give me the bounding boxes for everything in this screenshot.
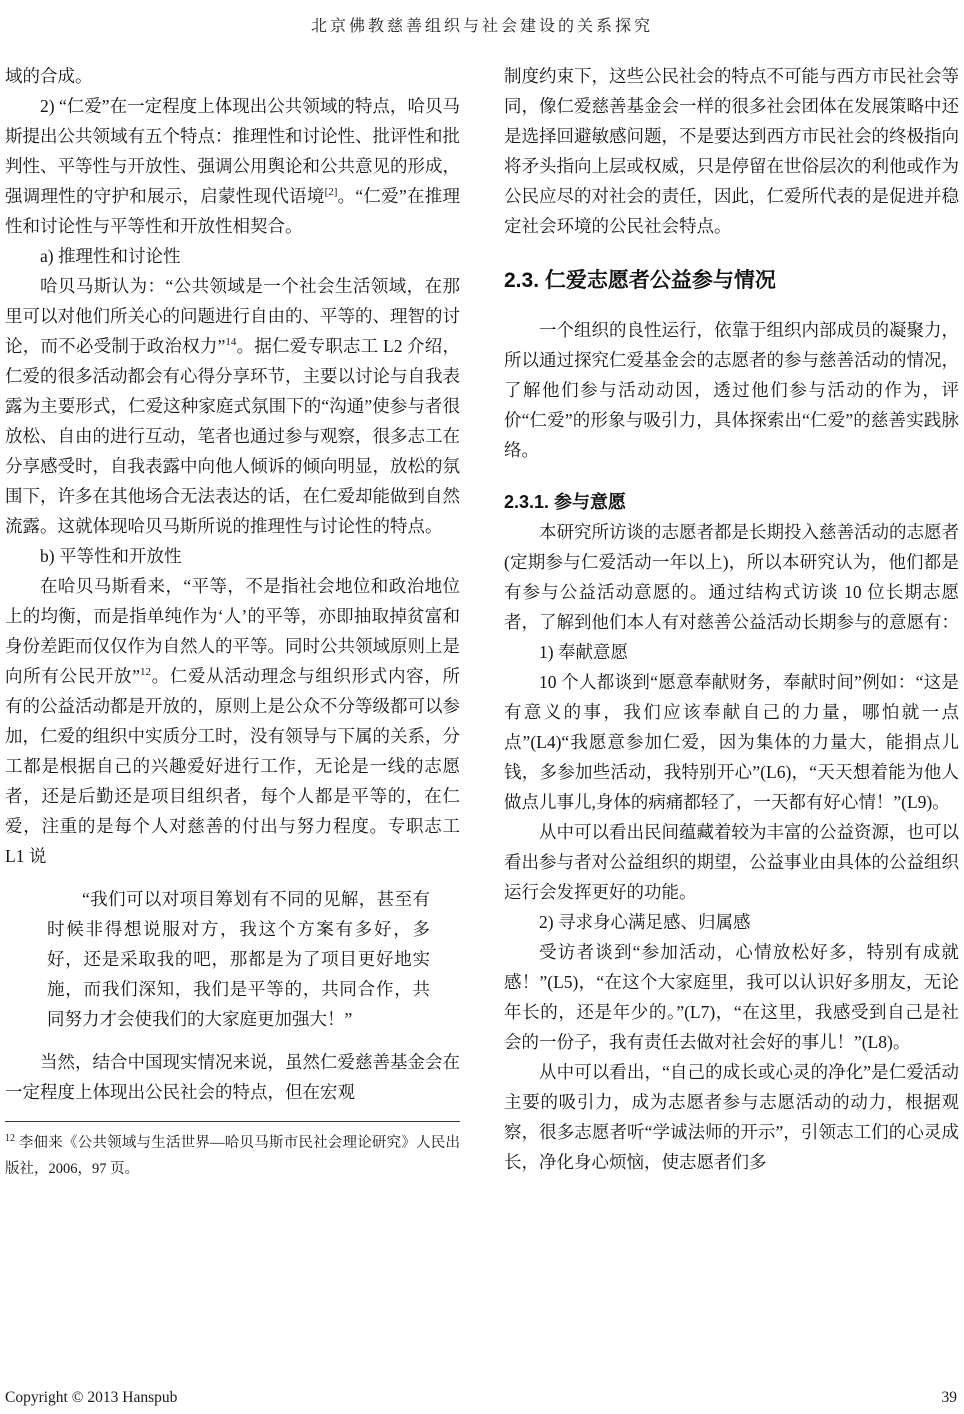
- paragraph: 从中可以看出，“自己的成长或心灵的净化”是仁爱活动主要的吸引力，成为志愿者参与志…: [504, 1057, 959, 1177]
- right-column: 制度约束下，这些公民社会的特点不可能与西方市民社会等同，像仁爱慈善基金会一样的很…: [504, 61, 959, 1182]
- footnote-reference: [2]: [325, 186, 338, 198]
- paragraph-text: 。据仁爱专职志工 L2 介绍，仁爱的很多活动都会有心得分享环节，主要以讨论与自我…: [5, 336, 460, 536]
- footnote-marker: 12: [5, 1133, 15, 1144]
- paragraph: 哈贝马斯认为：“公共领域是一个社会生活领域，在那里可以对他们所关心的问题进行自由…: [5, 271, 460, 541]
- paragraph: 受访者谈到“参加活动，心情放松好多，特别有成就感！”(L5)，“在这个大家庭里，…: [504, 937, 959, 1057]
- paragraph: 2) “仁爱”在一定程度上体现出公共领域的特点，哈贝马斯提出公共领域有五个特点：…: [5, 91, 460, 241]
- page-number: 39: [942, 1388, 958, 1408]
- running-head-title: 北京佛教慈善组织与社会建设的关系探究: [5, 0, 959, 39]
- interview-block-quote: “我们可以对项目筹划有不同的见解，甚至有时候非得想说服对方，我这个方案有多好，多…: [47, 884, 430, 1034]
- list-item-heading-a: a) 推理性和讨论性: [5, 241, 460, 271]
- footnote: 12 李佃来《公共领域与生活世界—哈贝马斯市民社会理论研究》人民出版社，2006…: [5, 1121, 460, 1182]
- paragraph: 当然，结合中国现实情况来说，虽然仁爱慈善基金会在一定程度上体现出公民社会的特点，…: [5, 1047, 460, 1107]
- paragraph: 本研究所访谈的志愿者都是长期投入慈善活动的志愿者(定期参与仁爱活动一年以上)，所…: [504, 517, 959, 637]
- two-column-body: 域的合成。 2) “仁爱”在一定程度上体现出公共领域的特点，哈贝马斯提出公共领域…: [5, 61, 959, 1182]
- paragraph: 10 个人都谈到“愿意奉献财务，奉献时间”例如：“这是有意义的事，我们应该奉献自…: [504, 667, 959, 817]
- footnote-reference: 14: [225, 336, 236, 348]
- paper-page: 北京佛教慈善组织与社会建设的关系探究 域的合成。 2) “仁爱”在一定程度上体现…: [0, 0, 964, 1414]
- left-column: 域的合成。 2) “仁爱”在一定程度上体现出公共领域的特点，哈贝马斯提出公共领域…: [5, 61, 460, 1182]
- list-item-heading-b: b) 平等性和开放性: [5, 541, 460, 571]
- paragraph-continuation: 域的合成。: [5, 61, 460, 91]
- paragraph-text: 。仁爱从活动理念与组织形式内容，所有的公益活动都是开放的，原则上是公众不分等级都…: [5, 666, 460, 866]
- paragraph-continuation: 制度约束下，这些公民社会的特点不可能与西方市民社会等同，像仁爱慈善基金会一样的很…: [504, 61, 959, 241]
- list-item-heading-1: 1) 奉献意愿: [504, 637, 959, 667]
- paragraph: 从中可以看出民间蕴藏着较为丰富的公益资源，也可以看出参与者对公益组织的期望，公益…: [504, 817, 959, 907]
- copyright-notice: Copyright © 2013 Hanspub: [5, 1388, 177, 1408]
- page-footer: Copyright © 2013 Hanspub 39: [5, 1388, 957, 1408]
- section-heading-2-3-1: 2.3.1. 参与意愿: [504, 487, 959, 517]
- section-heading-2-3: 2.3. 仁爱志愿者公益参与情况: [504, 267, 959, 295]
- paragraph: 在哈贝马斯看来，“平等，不是指社会地位和政治地位上的均衡，而是指单纯作为‘人’的…: [5, 571, 460, 871]
- footnote-reference: 12: [140, 666, 151, 678]
- paragraph: 一个组织的良性运行，依靠于组织内部成员的凝聚力，所以通过探究仁爱基金会的志愿者的…: [504, 315, 959, 465]
- footnote-text: 李佃来《公共领域与生活世界—哈贝马斯市民社会理论研究》人民出版社，2006，97…: [5, 1135, 460, 1177]
- list-item-heading-2: 2) 寻求身心满足感、归属感: [504, 907, 959, 937]
